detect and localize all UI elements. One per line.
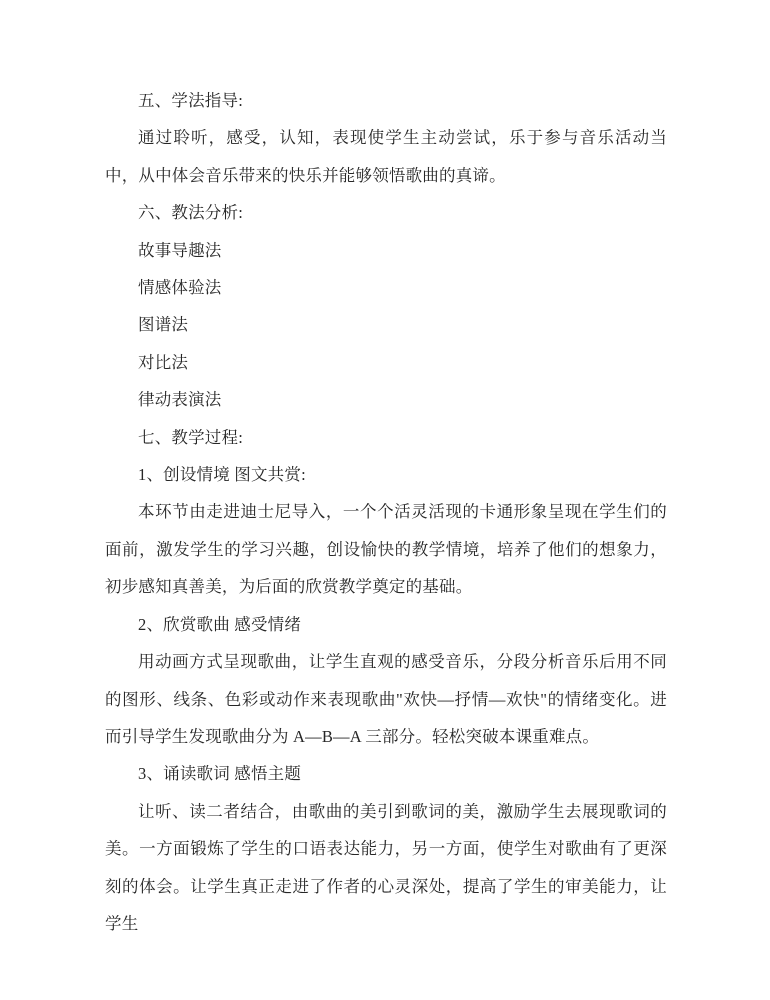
document-paragraph: 通过聆听，感受，认知，表现使学生主动尝试，乐于参与音乐活动当中，从中体会音乐带来… xyxy=(105,119,667,194)
document-paragraph: 让听、读二者结合，由歌曲的美引到歌词的美，激励学生去展现歌词的美。一方面锻炼了学… xyxy=(105,793,667,943)
document-paragraph: 七、教学过程: xyxy=(105,419,667,456)
document-paragraph: 3、诵读歌词 感悟主题 xyxy=(105,755,667,792)
document-paragraph: 1、创设情境 图文共赏: xyxy=(105,456,667,493)
document-page: 五、学法指导: 通过聆听，感受，认知，表现使学生主动尝试，乐于参与音乐活动当中，… xyxy=(0,0,770,1000)
document-paragraph: 故事导趣法 xyxy=(105,232,667,269)
document-paragraph: 用动画方式呈现歌曲，让学生直观的感受音乐，分段分析音乐后用不同的图形、线条、色彩… xyxy=(105,643,667,755)
document-paragraph: 2、欣赏歌曲 感受情绪 xyxy=(105,606,667,643)
document-paragraph: 情感体验法 xyxy=(105,269,667,306)
document-text-block: 五、学法指导: 通过聆听，感受，认知，表现使学生主动尝试，乐于参与音乐活动当中，… xyxy=(105,82,667,942)
document-paragraph: 六、教法分析: xyxy=(105,194,667,231)
document-paragraph: 图谱法 xyxy=(105,306,667,343)
document-paragraph: 五、学法指导: xyxy=(105,82,667,119)
document-paragraph: 本环节由走进迪士尼导入，一个个活灵活现的卡通形象呈现在学生们的面前，激发学生的学… xyxy=(105,493,667,605)
document-paragraph: 律动表演法 xyxy=(105,381,667,418)
document-paragraph: 对比法 xyxy=(105,344,667,381)
